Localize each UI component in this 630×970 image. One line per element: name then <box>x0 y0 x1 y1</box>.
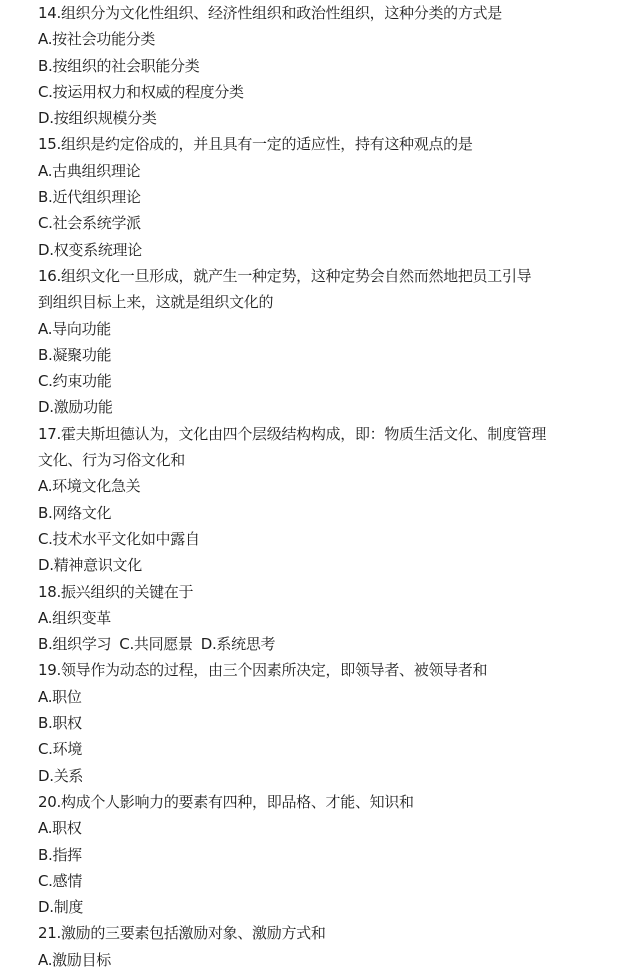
question-18-option-a: A.组织变革 <box>38 605 620 631</box>
question-20-option-c: C.感情 <box>38 868 620 894</box>
question-18-option-b: B.组织学习 <box>38 635 111 653</box>
question-17-stem-line-1: 17.霍夫斯坦德认为，文化由四个层级结构构成，即：物质生活文化、制度管理 <box>38 421 620 447</box>
question-20-option-a: A.职权 <box>38 815 620 841</box>
question-17-option-b: B.网络文化 <box>38 500 620 526</box>
question-17-option-c: C.技术水平文化如中露自 <box>38 526 620 552</box>
question-16-option-c: C.约束功能 <box>38 368 620 394</box>
question-19-option-c: C.环境 <box>38 736 620 762</box>
question-15-option-c: C.社会系统学派 <box>38 210 620 236</box>
question-20-option-b: B.指挥 <box>38 842 620 868</box>
question-21-option-a: A.激励目标 <box>38 947 620 970</box>
question-15-option-d: D.权变系统理论 <box>38 237 620 263</box>
question-14-option-d: D.按组织规模分类 <box>38 105 620 131</box>
question-17-option-d: D.精神意识文化 <box>38 552 620 578</box>
question-document: 14.组织分为文化性组织、经济性组织和政治性组织，这种分类的方式是 A.按社会功… <box>38 0 620 970</box>
question-16-option-a: A.导向功能 <box>38 316 620 342</box>
question-16-option-d: D.激励功能 <box>38 394 620 420</box>
question-15-stem: 15.组织是约定俗成的，并且具有一定的适应性，持有这种观点的是 <box>38 131 620 157</box>
question-17-stem-line-2: 文化、行为习俗文化和 <box>38 447 620 473</box>
question-14-stem: 14.组织分为文化性组织、经济性组织和政治性组织，这种分类的方式是 <box>38 0 620 26</box>
question-16-stem-line-2: 到组织目标上来，这就是组织文化的 <box>38 289 620 315</box>
question-14-option-a: A.按社会功能分类 <box>38 26 620 52</box>
question-19-option-a: A.职位 <box>38 684 620 710</box>
question-20-stem: 20.构成个人影响力的要素有四种，即品格、才能、知识和 <box>38 789 620 815</box>
question-15-option-a: A.古典组织理论 <box>38 158 620 184</box>
question-20-option-d: D.制度 <box>38 894 620 920</box>
question-16-option-b: B.凝聚功能 <box>38 342 620 368</box>
question-18-stem: 18.振兴组织的关键在于 <box>38 579 620 605</box>
question-14-option-c: C.按运用权力和权威的程度分类 <box>38 79 620 105</box>
question-18-inline-options: B.组织学习C.共同愿景D.系统思考 <box>38 631 620 657</box>
question-16-stem-line-1: 16.组织文化一旦形成，就产生一种定势，这种定势会自然而然地把员工引导 <box>38 263 620 289</box>
question-21-stem: 21.激励的三要素包括激励对象、激励方式和 <box>38 920 620 946</box>
question-15-option-b: B.近代组织理论 <box>38 184 620 210</box>
question-19-option-d: D.关系 <box>38 763 620 789</box>
question-18-option-c: C.共同愿景 <box>119 635 192 653</box>
question-19-option-b: B.职权 <box>38 710 620 736</box>
question-14-option-b: B.按组织的社会职能分类 <box>38 53 620 79</box>
question-19-stem: 19.领导作为动态的过程，由三个因素所决定，即领导者、被领导者和 <box>38 657 620 683</box>
question-17-option-a: A.环境文化急关 <box>38 473 620 499</box>
question-18-option-d: D.系统思考 <box>201 635 276 653</box>
